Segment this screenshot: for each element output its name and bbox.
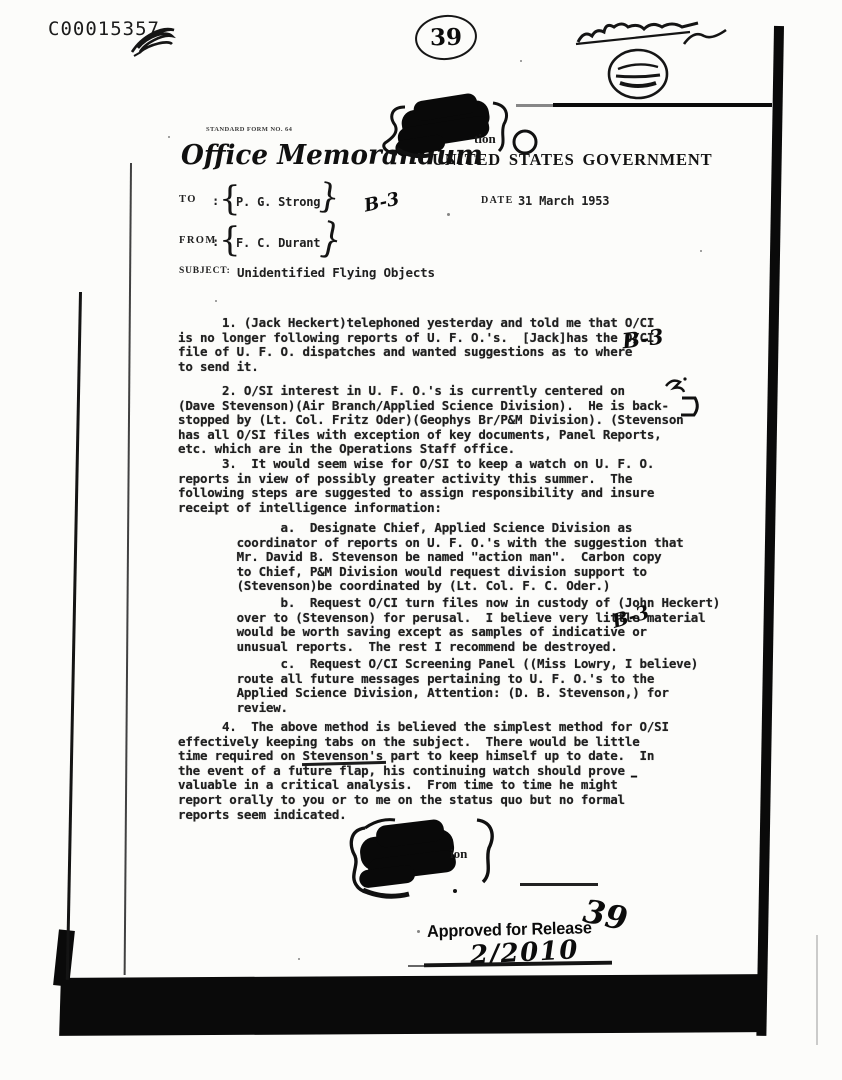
hand-brace-close: } [315,179,342,216]
speckle [417,930,420,933]
scan-line-left-thin [124,163,132,975]
speckle [447,213,450,216]
redaction-visible-text: tion [474,131,496,147]
handwritten-b3-header: B-3 [362,189,401,217]
scan-edge-right [756,26,784,1036]
speckle [215,300,217,302]
paragraph-1: 1. (Jack Heckert)telephoned yesterday an… [178,316,654,374]
redaction-block-bottom [335,812,505,904]
hand-brace-close-from: } [316,217,346,261]
paragraph-2: 2. O/SI interest in U. F. O.'s is curren… [178,384,683,457]
paragraph-c: c. Request O/CI Screening Panel ((Miss L… [178,657,698,715]
paper-edge-shadow [816,935,818,1045]
paragraph-4: 4. The above method is believed the simp… [178,720,669,822]
scan-line-short [520,883,598,886]
form-number-label: STANDARD FORM NO. 64 [206,126,292,133]
handwritten-b3-margin-1: B-3 [621,324,665,354]
scan-line-left-thick [66,292,82,980]
margin-dash: – [630,766,638,785]
paragraph-a: a. Designate Chief, Applied Science Divi… [178,521,683,594]
speckle [520,60,522,62]
speckle [298,958,300,960]
paragraph-3: 3. It would seem wise for O/SI to keep a… [178,457,654,515]
scan-line [553,103,772,107]
page-number-text: 39 [430,24,462,52]
from-value: F. C. Durant [236,236,320,250]
to-value: P. G. Strong [236,195,320,209]
scan-edge-bottom [59,974,761,1036]
margin-scribble-icon [656,374,704,424]
subject-value: Unidentified Flying Objects [237,265,435,280]
date-value: 31 March 1953 [518,194,609,208]
to-colon: : [212,194,219,208]
speckle [168,136,170,138]
circled-page-number: 39 [413,12,479,62]
redaction-block-top [373,93,543,165]
from-colon: : [212,235,219,249]
redaction-visible-text-bottom: ion [450,846,467,862]
speckle [365,690,367,692]
to-label: TO [179,194,197,205]
circled-scribble-icon [606,47,670,101]
pen-scribble-icon [128,22,178,60]
crossed-out-handwriting-icon [572,20,732,50]
scanned-memo-page: C00015357 39 STANDARD FORM NO. 64 Office… [0,0,842,1080]
date-label: DATE [481,195,514,206]
subject-label: SUBJECT: [179,266,231,276]
speckle [700,250,702,252]
